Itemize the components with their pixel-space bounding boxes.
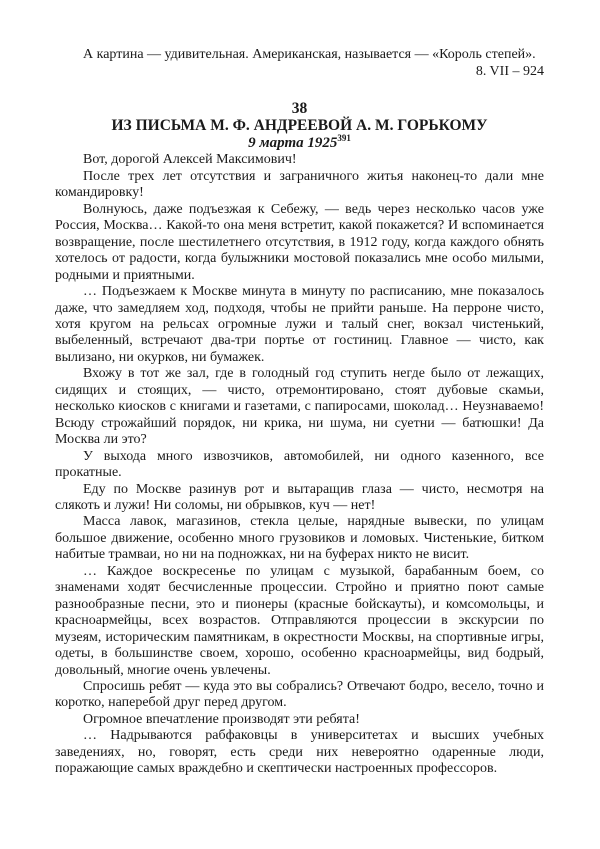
letter-body: Вот, дорогой Алексей Максимович! После т… xyxy=(55,152,544,777)
letter-heading: 38 ИЗ ПИСЬМА М. Ф. АНДРЕЕВОЙ А. М. ГОРЬК… xyxy=(55,100,544,153)
paragraph: Огромное впечатление производят эти ребя… xyxy=(55,712,544,728)
document-page: А картина — удивительная. Американская, … xyxy=(0,0,600,849)
letter-title: ИЗ ПИСЬМА М. Ф. АНДРЕЕВОЙ А. М. ГОРЬКОМУ xyxy=(55,117,544,135)
paragraph: … Каждое воскресенье по улицам с музыкой… xyxy=(55,564,544,679)
letter-number: 38 xyxy=(55,100,544,118)
paragraph: У выхода много извозчиков, автомобилей, … xyxy=(55,449,544,482)
paragraph-salutation: Вот, дорогой Алексей Максимович! xyxy=(55,152,544,168)
letter-date: 9 марта 1925391 xyxy=(55,135,544,153)
paragraph: Волнуюсь, даже подъезжая к Себежу, — вед… xyxy=(55,202,544,284)
paragraph: Еду по Москве разинув рот и вытаращив гл… xyxy=(55,482,544,515)
previous-letter-date: 8. VII – 924 xyxy=(55,63,544,81)
footnote-reference: 391 xyxy=(337,133,351,143)
paragraph: … Подъезжаем к Москве минута в минуту по… xyxy=(55,284,544,366)
paragraph: … Надрываются рабфаковцы в университетах… xyxy=(55,728,544,777)
paragraph: Спросишь ребят — куда это вы собрались? … xyxy=(55,679,544,712)
paragraph: Вхожу в тот же зал, где в голодный год с… xyxy=(55,366,544,448)
paragraph: После трех лет отсутствия и заграничного… xyxy=(55,169,544,202)
paragraph: Масса лавок, магазинов, стекла целые, на… xyxy=(55,514,544,563)
previous-letter-closing-line: А картина — удивительная. Американская, … xyxy=(55,47,544,63)
letter-date-text: 9 марта 1925 xyxy=(248,135,337,151)
